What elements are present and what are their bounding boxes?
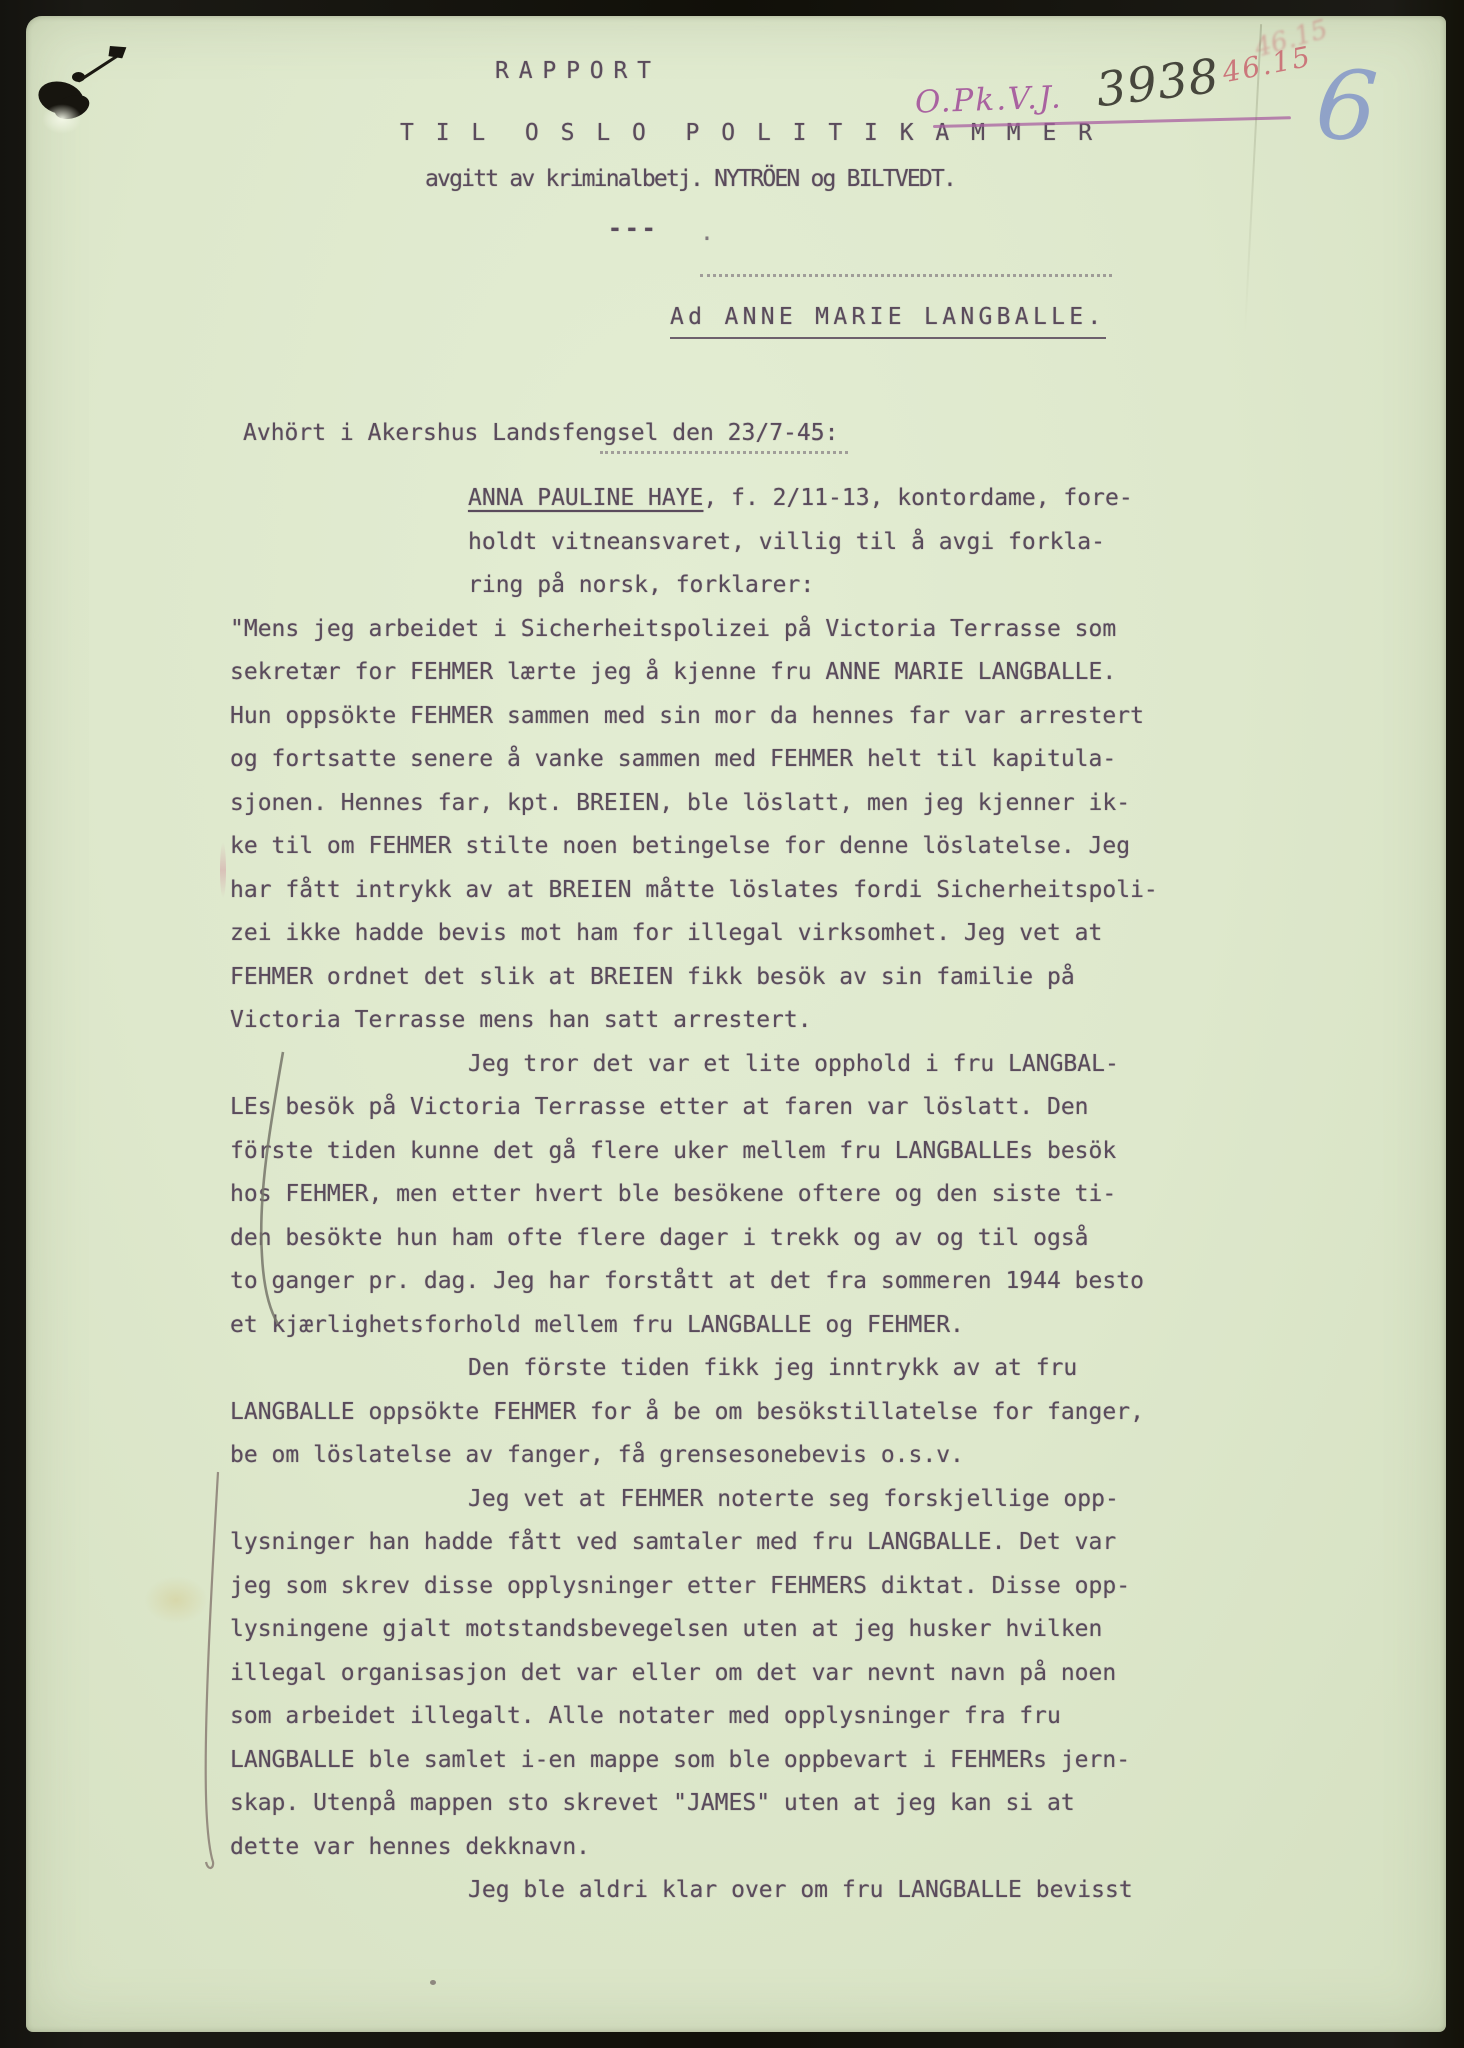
paper-stain-yellow bbox=[144, 1576, 208, 1624]
paper: R A P P O R T T I L O S L O P O L I T I … bbox=[26, 16, 1446, 2032]
margin-pencil-mark-2 bbox=[206, 1472, 218, 1868]
scanned-document: R A P P O R T T I L O S L O P O L I T I … bbox=[0, 0, 1464, 2048]
margin-pencil-mark-1 bbox=[261, 1052, 283, 1324]
margin-pencil-marks bbox=[26, 16, 1446, 2032]
ink-speck bbox=[430, 1980, 436, 1985]
paper-stain-pink bbox=[220, 842, 226, 898]
